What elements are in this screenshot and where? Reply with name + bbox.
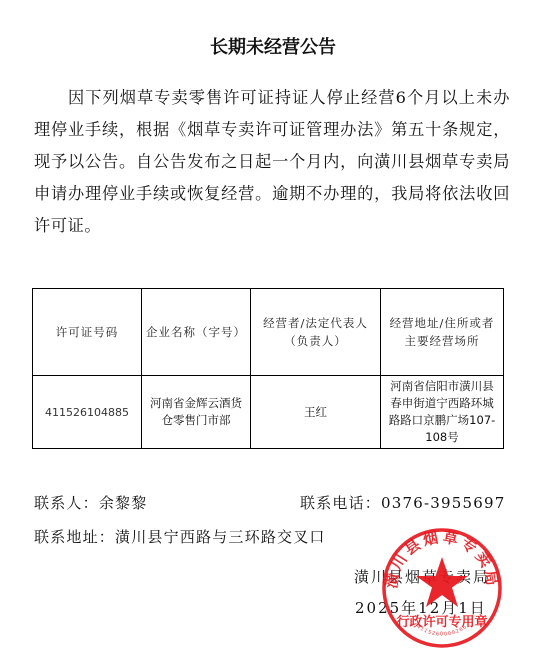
svg-text:4115260000266: 4115260000266 — [415, 624, 468, 638]
contact-person: 联系人：余黎黎 — [34, 492, 147, 513]
header-license-no: 许可证号码 — [33, 289, 142, 376]
contact-person-label: 联系人： — [34, 494, 99, 512]
cell-company-name: 河南省金辉云酒货仓零售门市部 — [142, 376, 251, 449]
contact-phone: 联系电话：0376-3955697 — [300, 492, 505, 513]
issuer-name: 潢川县烟草专卖局 — [354, 566, 490, 587]
contact-address-label: 联系地址： — [34, 528, 115, 546]
header-company-name: 企业名称（字号） — [142, 289, 251, 376]
notice-body-paragraph: 因下列烟草专卖零售许可证持证人停止经营6个月以上未办理停业手续，根据《烟草专卖许… — [34, 82, 510, 242]
table-header-row: 许可证号码 企业名称（字号） 经营者/法定代表人（负责人） 经营地址/住所或者主… — [33, 289, 504, 376]
notice-title: 长期未经营公告 — [0, 33, 546, 59]
contact-phone-value: 0376-3955697 — [381, 494, 505, 512]
license-table: 许可证号码 企业名称（字号） 经营者/法定代表人（负责人） 经营地址/住所或者主… — [32, 288, 504, 449]
table-row: 411526104885 河南省金辉云酒货仓零售门市部 王红 河南省信阳市潢川县… — [33, 376, 504, 449]
header-operator: 经营者/法定代表人（负责人） — [251, 289, 381, 376]
contact-person-value: 余黎黎 — [99, 494, 148, 512]
cell-operator: 王红 — [251, 376, 381, 449]
cell-address: 河南省信阳市潢川县春申街道宁西路环城路路口京鹏广场107-108号 — [381, 376, 504, 449]
header-address: 经营地址/住所或者主要经营场所 — [381, 289, 504, 376]
issue-date: 2025年12月1日 — [355, 597, 487, 618]
contact-phone-label: 联系电话： — [300, 494, 381, 512]
cell-license-no: 411526104885 — [33, 376, 142, 449]
official-seal-icon: 潢川县烟草专卖局 行政许可专用章 4115260000266 — [381, 527, 503, 649]
contact-address-value: 潢川县宁西路与三环路交叉口 — [115, 528, 326, 546]
contact-address: 联系地址：潢川县宁西路与三环路交叉口 — [34, 526, 326, 547]
